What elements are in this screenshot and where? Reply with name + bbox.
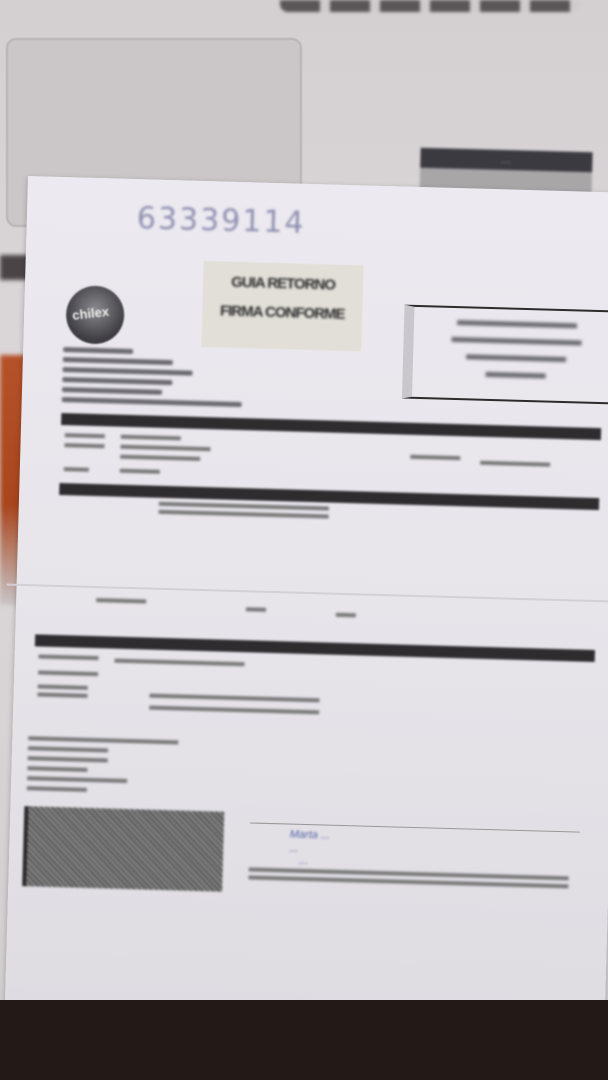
dark-floor [0,1000,608,1080]
return-stamp: GUIA RETORNO FIRMA CONFORME [201,261,363,351]
shipping-document: 63339114 GUIA RETORNO FIRMA CONFORME chi… [5,176,608,1032]
logo-text: chilex [71,304,109,323]
keyboard-keys [280,0,580,12]
signature-box: Marta ... ... ... [248,822,580,902]
sender-info-block [62,347,244,412]
company-logo: chilex [65,285,125,345]
barcode-image [22,806,224,892]
stamp-line-1: GUIA RETORNO [203,273,363,294]
electronic-doc-box [402,305,608,405]
handwritten-number: 63339114 [136,201,306,241]
stamp-line-2: FIRMA CONFORME [202,302,362,323]
signature-line-3: ... [299,855,309,867]
items-header-bar [59,483,599,510]
signature-line-2: ... [289,843,299,855]
signature-line-1: Marta ... [290,829,331,842]
